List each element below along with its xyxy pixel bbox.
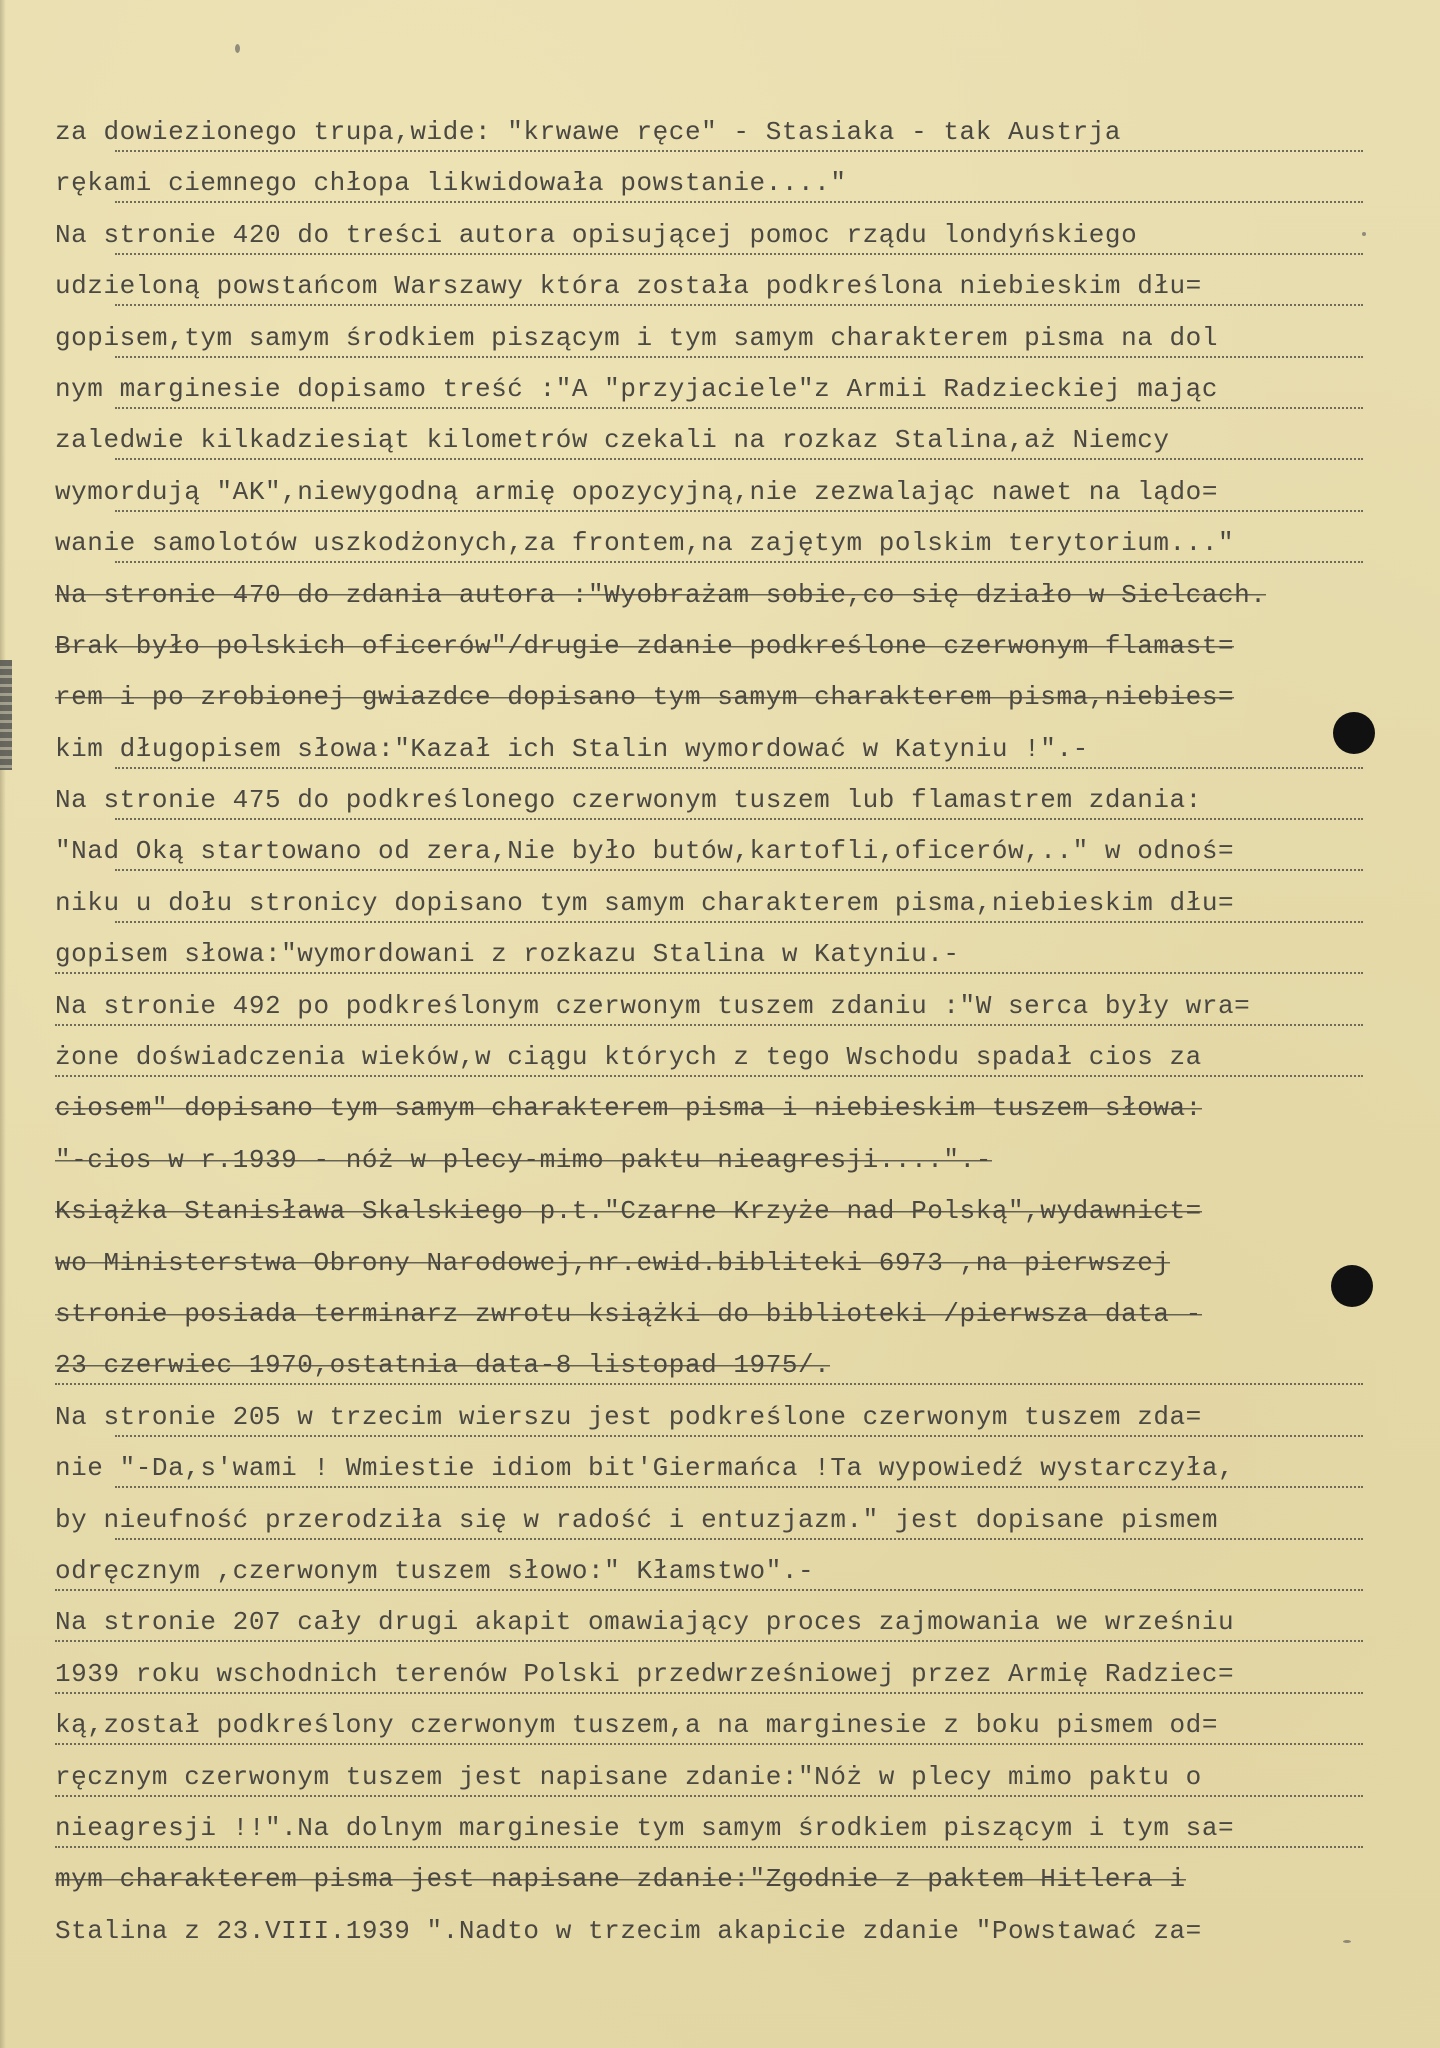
dotted-underline [115, 767, 1363, 769]
text-line: nieagresji !!".Na dolnym marginesie tym … [55, 1808, 1345, 1859]
text-line: rem i po zrobionej gwiazdce dopisano tym… [55, 677, 1345, 728]
text-line: Książka Stanisława Skalskiego p.t."Czarn… [55, 1191, 1345, 1242]
dotted-underline [55, 1743, 1363, 1745]
binder-strip-mark [0, 660, 12, 770]
dotted-underline [115, 510, 1363, 512]
text-line: gopisem słowa:"wymordowani z rozkazu Sta… [55, 934, 1345, 985]
text-line: "-cios w r.1939 - nóż w plecy-mimo paktu… [55, 1140, 1345, 1191]
dotted-underline [55, 1383, 1363, 1385]
text-line: niku u dołu stronicy dopisano tym samym … [55, 883, 1345, 934]
dotted-underline [115, 304, 1363, 306]
dotted-underline [115, 1486, 1363, 1488]
text-line: mym charakterem pisma jest napisane zdan… [55, 1859, 1345, 1910]
dotted-underline [115, 150, 1363, 152]
typewritten-body: za dowiezionego trupa,wide: "krwawe ręce… [55, 112, 1345, 1962]
text-line: ką,został podkreślony czerwonym tuszem,a… [55, 1705, 1345, 1756]
dotted-underline [115, 253, 1363, 255]
dotted-underline [115, 818, 1363, 820]
dotted-underline [115, 1538, 1363, 1540]
text-line: zaledwie kilkadziesiąt kilometrów czekal… [55, 420, 1345, 471]
text-line: "Nad Oką startowano od zera,Nie było but… [55, 831, 1345, 882]
text-line: udzieloną powstańcom Warszawy która zost… [55, 266, 1345, 317]
text-line: wo Ministerstwa Obrony Narodowej,nr.ewid… [55, 1243, 1345, 1294]
dotted-underline [55, 1692, 1363, 1694]
text-line: ciosem" dopisano tym samym charakterem p… [55, 1088, 1345, 1139]
text-line: nie "-Da,s'wami ! Wmiestie idiom bit'Gie… [55, 1448, 1345, 1499]
dotted-underline [55, 1024, 1363, 1026]
dotted-underline [55, 1795, 1363, 1797]
text-line: kim długopisem słowa:"Kazał ich Stalin w… [55, 729, 1345, 780]
text-line: żone doświadczenia wieków,w ciągu któryc… [55, 1037, 1345, 1088]
paper-speck [1362, 232, 1366, 236]
paper-speck [235, 44, 240, 53]
dotted-underline [55, 972, 1363, 974]
text-line: Brak było polskich oficerów"/drugie zdan… [55, 626, 1345, 677]
dotted-underline [55, 1589, 1363, 1591]
dotted-underline [115, 356, 1363, 358]
text-line: gopisem,tym samym środkiem piszącym i ty… [55, 318, 1345, 369]
dotted-underline [115, 561, 1363, 563]
text-line: Na stronie 420 do treści autora opisując… [55, 215, 1345, 266]
dotted-underline [55, 1075, 1363, 1077]
text-line: za dowiezionego trupa,wide: "krwawe ręce… [55, 112, 1345, 163]
text-line: 23 czerwiec 1970,ostatnia data-8 listopa… [55, 1345, 1345, 1396]
text-line: ręcznym czerwonym tuszem jest napisane z… [55, 1757, 1345, 1808]
page-left-edge [0, 0, 6, 2048]
dotted-underline [115, 458, 1363, 460]
text-line: wymordują "AK",niewygodną armię opozycyj… [55, 472, 1345, 523]
text-line: rękami ciemnego chłopa likwidowała powst… [55, 163, 1345, 214]
dotted-underline [55, 1846, 1363, 1848]
dotted-underline [55, 1640, 1363, 1642]
text-line: Na stronie 492 po podkreślonym czerwonym… [55, 986, 1345, 1037]
text-line: Stalina z 23.VIII.1939 ".Nadto w trzecim… [55, 1911, 1345, 1962]
document-page: za dowiezionego trupa,wide: "krwawe ręce… [0, 0, 1440, 2048]
dotted-underline [115, 869, 1363, 871]
dotted-underline [115, 201, 1363, 203]
text-line: Na stronie 207 cały drugi akapit omawiaj… [55, 1602, 1345, 1653]
text-line: by nieufność przerodziła się w radość i … [55, 1500, 1345, 1551]
text-line: wanie samolotów uszkodżonych,za frontem,… [55, 523, 1345, 574]
dotted-underline [115, 921, 1363, 923]
text-line: stronie posiada terminarz zwrotu książki… [55, 1294, 1345, 1345]
text-line: Na stronie 205 w trzecim wierszu jest po… [55, 1397, 1345, 1448]
text-line: 1939 roku wschodnich terenów Polski prze… [55, 1654, 1345, 1705]
dotted-underline [115, 1435, 1363, 1437]
text-line: nym marginesie dopisamo treść :"A "przyj… [55, 369, 1345, 420]
text-line: Na stronie 475 do podkreślonego czerwony… [55, 780, 1345, 831]
text-line: Na stronie 470 do zdania autora :"Wyobra… [55, 575, 1345, 626]
dotted-underline [115, 407, 1363, 409]
text-line: odręcznym ,czerwonym tuszem słowo:" Kłam… [55, 1551, 1345, 1602]
